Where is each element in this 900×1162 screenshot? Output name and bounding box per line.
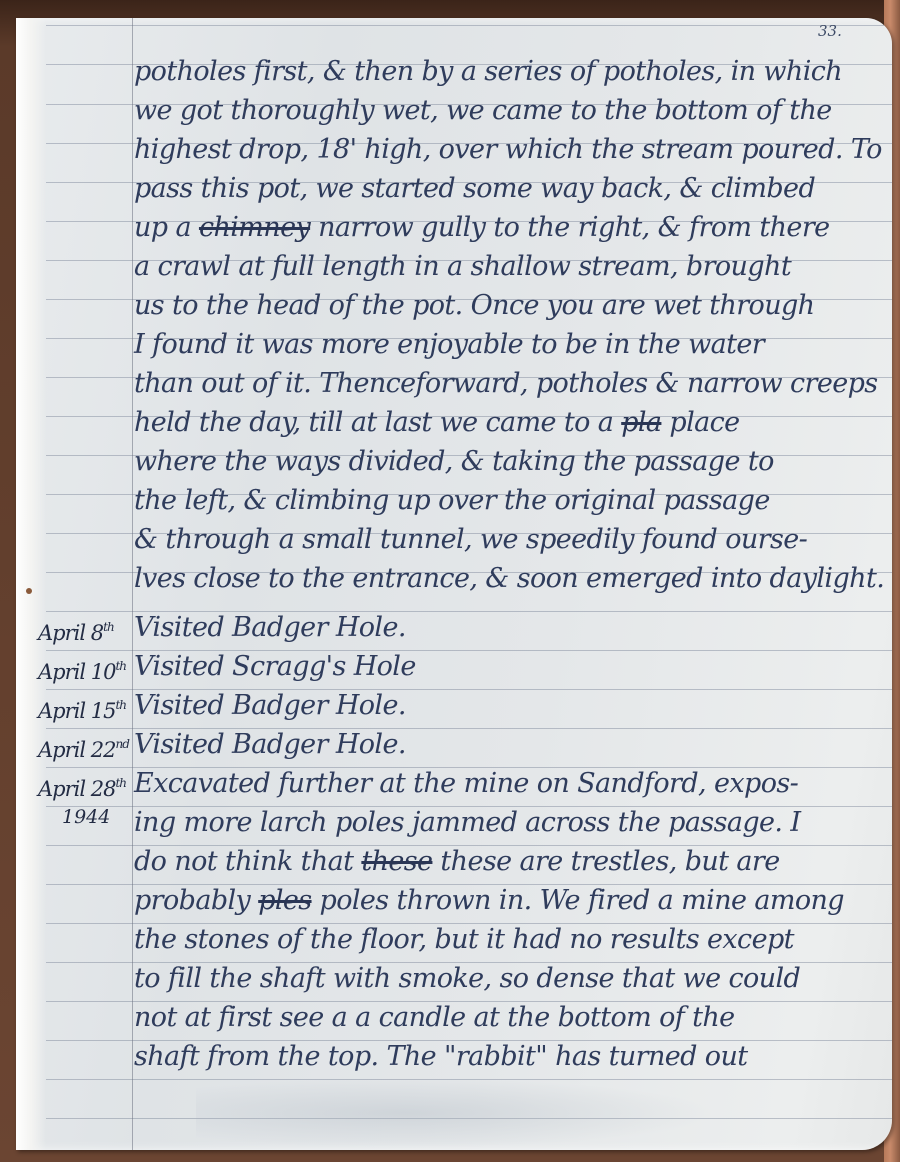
page-binding-edge — [16, 18, 46, 1150]
text-fragment: place — [661, 407, 739, 438]
entry-date: April 15th — [38, 686, 134, 725]
text-line: lves close to the entrance, & soon emerg… — [134, 559, 890, 598]
entry-text: Visited Badger Hole. — [134, 608, 890, 647]
entry-date: April 28th — [38, 764, 134, 803]
text-line: where the ways divided, & taking the pas… — [134, 442, 890, 481]
text-line: shaft from the top. The "rabbit" has tur… — [134, 1037, 890, 1076]
text-line: probably ples poles thrown in. We fired … — [134, 881, 890, 920]
text-fragment: these are trestles, but are — [432, 846, 779, 877]
text-line: I found it was more enjoyable to be in t… — [134, 325, 890, 364]
text-fragment: narrow gully to the right, & from there — [310, 212, 829, 243]
text-fragment: held the day, till at last we came to a — [134, 407, 621, 438]
text-fragment: do not think that — [134, 846, 361, 877]
text-line: than out of it. Thenceforward, potholes … — [134, 364, 890, 403]
text-fragment: poles thrown in. We fired a mine among — [312, 885, 844, 916]
entry-date: April 10th — [38, 647, 134, 686]
text-line: we got thoroughly wet, we came to the bo… — [134, 91, 890, 130]
text-line: a crawl at full length in a shallow stre… — [134, 247, 890, 286]
struck-out-word: these — [361, 846, 432, 877]
text-line: us to the head of the pot. Once you are … — [134, 286, 890, 325]
entry-text: Visited Scragg's Hole — [134, 647, 890, 686]
margin-line — [132, 18, 133, 1150]
entry-text: Visited Badger Hole. — [134, 725, 890, 764]
text-line: do not think that these these are trestl… — [134, 842, 890, 881]
text-line: potholes first, & then by a series of po… — [134, 52, 890, 91]
text-line: ing more larch poles jammed across the p… — [134, 803, 890, 842]
text-line: up a chimney narrow gully to the right, … — [134, 208, 890, 247]
struck-out-word: ples — [258, 885, 311, 916]
text-line: highest drop, 18' high, over which the s… — [134, 130, 890, 169]
page-number: 33. — [818, 22, 842, 40]
text-line: held the day, till at last we came to a … — [134, 403, 890, 442]
ink-mark — [26, 588, 32, 594]
text-line: the left, & climbing up over the origina… — [134, 481, 890, 520]
entry-text: Visited Badger Hole. — [134, 686, 890, 725]
entry-date: April 22nd — [38, 725, 134, 764]
text-line: & through a small tunnel, we speedily fo… — [134, 520, 890, 559]
text-line: not at first see a a candle at the botto… — [134, 998, 890, 1037]
notebook-photo: 33. potholes first, & then by a series o… — [0, 0, 900, 1162]
struck-out-word: chimney — [199, 212, 310, 243]
text-fragment: up a — [134, 212, 199, 243]
text-fragment: probably — [134, 885, 258, 916]
text-line: to fill the shaft with smoke, so dense t… — [134, 959, 890, 998]
struck-out-word: pla — [621, 407, 661, 438]
entry-year: 1944 — [62, 802, 110, 832]
text-line: pass this pot, we started some way back,… — [134, 169, 890, 208]
notebook-page: 33. potholes first, & then by a series o… — [16, 18, 892, 1150]
entry-date: April 8th — [38, 608, 134, 647]
text-line: the stones of the floor, but it had no r… — [134, 920, 890, 959]
page-crease — [196, 1078, 716, 1148]
text-line: Excavated further at the mine on Sandfor… — [134, 764, 890, 803]
